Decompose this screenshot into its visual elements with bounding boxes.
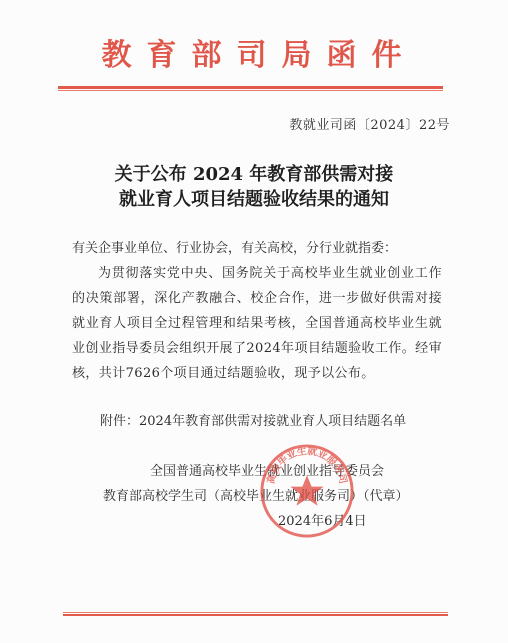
signature-department: 教育部高校学生司（高校毕业生就业服务司）（代章）: [103, 485, 409, 504]
document-page: 教育部司局函件 教就业司函〔2024〕22号 关于公布 2024 年教育部供需对…: [0, 0, 508, 643]
header-rule: [58, 86, 443, 91]
footer-rule: [63, 612, 448, 616]
attachment-line: 附件：2024年教育部供需对接就业育人项目结题名单: [100, 410, 406, 429]
title-line-2: 就业育人项目结题验收结果的通知: [0, 187, 508, 212]
document-number: 教就业司函〔2024〕22号: [289, 114, 450, 133]
title-line-1: 关于公布 2024 年教育部供需对接: [0, 162, 508, 187]
signature-date: 2024年6月4日: [278, 510, 367, 529]
signature-committee: 全国普通高校毕业生就业创业指导委员会: [150, 460, 384, 479]
document-title: 关于公布 2024 年教育部供需对接 就业育人项目结题验收结果的通知: [0, 162, 508, 212]
salutation: 有关企事业单位、行业协会，有关高校，分行业就指委：: [72, 236, 442, 261]
body-paragraph: 为贯彻落实党中央、国务院关于高校毕业生就业创业工作的决策部署，深化产教融合、校企…: [72, 261, 442, 386]
masthead-title: 教育部司局函件: [0, 38, 508, 74]
